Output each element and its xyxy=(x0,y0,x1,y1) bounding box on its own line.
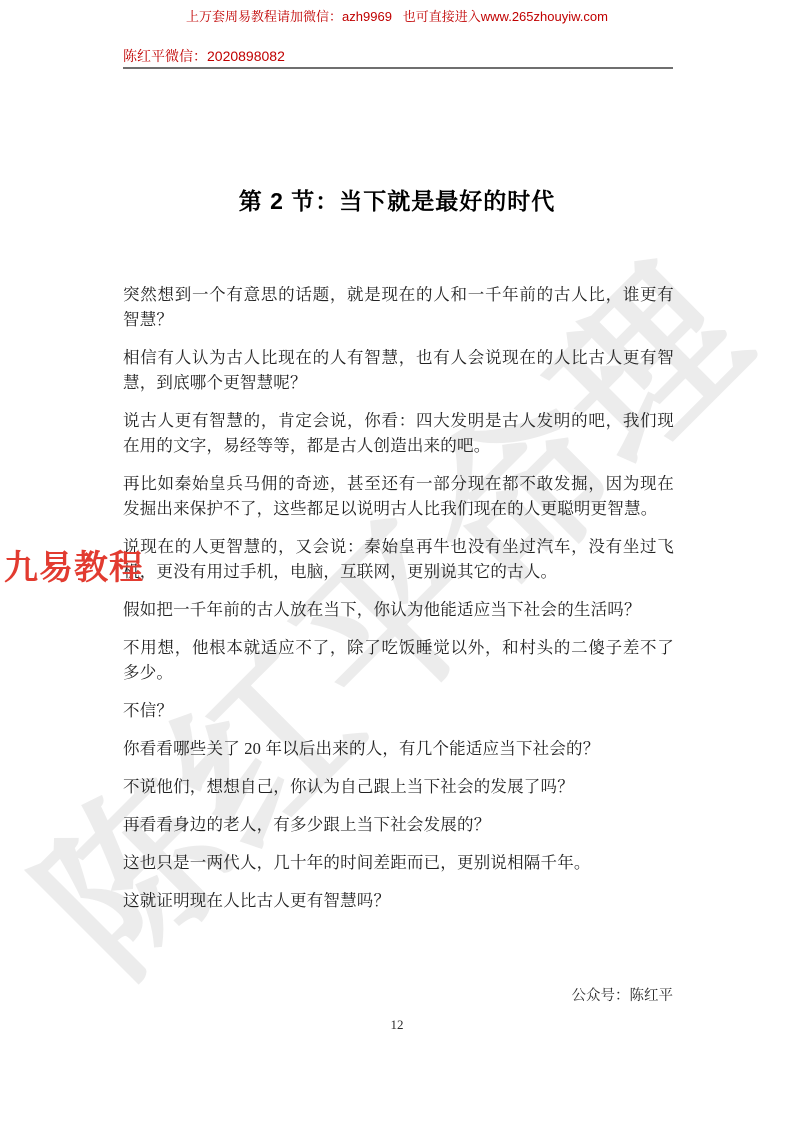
paragraph: 相信有人认为古人比现在的人有智慧，也有人会说现在的人比古人更有智慧，到底哪个更智… xyxy=(123,345,674,395)
paragraph: 再看看身边的老人，有多少跟上当下社会发展的？ xyxy=(123,812,674,837)
paragraph: 假如把一千年前的古人放在当下，你认为他能适应当下社会的生活吗？ xyxy=(123,597,674,622)
paragraph: 这就证明现在人比古人更有智慧吗？ xyxy=(123,888,674,913)
paragraph: 这也只是一两代人，几十年的时间差距而已，更别说相隔千年。 xyxy=(123,850,674,875)
header-promo-text: 上万套周易教程请加微信：azh9969 也可直接进入www.265zhouyiw… xyxy=(0,6,794,25)
body-paragraph-list: 突然想到一个有意思的话题，就是现在的人和一千年前的古人比，谁更有智慧？相信有人认… xyxy=(123,282,674,926)
paragraph: 说现在的人更智慧的，又会说：秦始皇再牛也没有坐过汽车，没有坐过飞机，更没有用过手… xyxy=(123,534,674,584)
paragraph: 不说他们，想想自己，你认为自己跟上当下社会的发展了吗？ xyxy=(123,774,674,799)
document-page: 上万套周易教程请加微信：azh9969 也可直接进入www.265zhouyiw… xyxy=(0,0,794,1123)
page-number: 12 xyxy=(0,1017,794,1033)
header-divider-line xyxy=(123,67,673,69)
footer-account-text: 公众号：陈红平 xyxy=(572,984,674,1005)
red-brand-watermark: 九易教程 xyxy=(4,540,144,589)
section-title: 第 2 节：当下就是最好的时代 xyxy=(0,183,794,216)
paragraph: 再比如秦始皇兵马佣的奇迹，甚至还有一部分现在都不敢发掘，因为现在发掘出来保护不了… xyxy=(123,471,674,521)
paragraph: 说古人更有智慧的，肯定会说，你看：四大发明是古人发明的吧，我们现在用的文字，易经… xyxy=(123,408,674,458)
paragraph: 突然想到一个有意思的话题，就是现在的人和一千年前的古人比，谁更有智慧？ xyxy=(123,282,674,332)
paragraph: 你看看哪些关了 20 年以后出来的人，有几个能适应当下社会的？ xyxy=(123,736,674,761)
paragraph: 不用想，他根本就适应不了，除了吃饭睡觉以外，和村头的二傻子差不了多少。 xyxy=(123,635,674,685)
header-contact-text: 陈红平微信：2020898082 xyxy=(123,46,285,66)
paragraph: 不信？ xyxy=(123,698,674,723)
